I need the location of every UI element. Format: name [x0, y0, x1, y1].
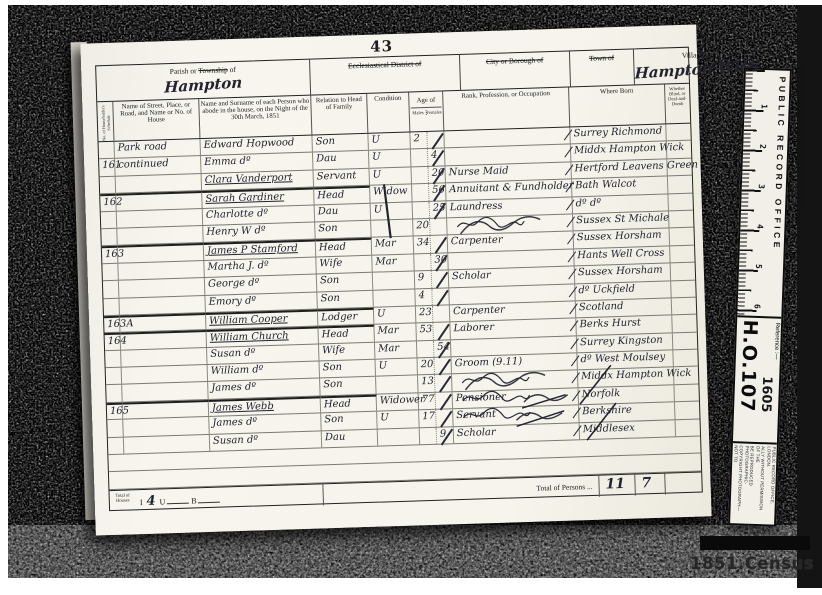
- age-female: [436, 410, 454, 427]
- age-female: [434, 357, 452, 374]
- total-houses-cell: Total of Houses I 4 U B: [109, 484, 324, 512]
- where-born: Hants Well Cross: [574, 246, 670, 265]
- city-title-cell: City or Borough of: [460, 51, 571, 89]
- town-title-cell: Town of: [570, 49, 635, 86]
- total-houses-values: I 4 U B: [140, 491, 220, 509]
- where-born: Berks Hurst: [576, 316, 672, 335]
- schedule-number: [105, 350, 122, 367]
- relation-to-head: Head: [314, 186, 370, 204]
- where-born: Sussex St Michale: [573, 211, 669, 230]
- infirmity: [668, 176, 693, 193]
- age-male: [413, 201, 431, 218]
- crossed-out-scrawl: [455, 213, 526, 233]
- relation-to-head: Son: [315, 221, 371, 239]
- schedule-number: 165: [107, 403, 124, 420]
- where-born: Hertford Leavens Green: [571, 159, 667, 178]
- census-form: Parish or Township of Hampton Ecclesiast…: [95, 47, 703, 511]
- census-scan: { "colors": { "paper": "#f6f4ec", "ink":…: [0, 0, 822, 595]
- occupation: Scholar: [454, 423, 580, 443]
- houses-inhabited-value: 4: [146, 493, 157, 508]
- total-females: 7: [635, 473, 666, 495]
- age-male: 17: [419, 410, 437, 427]
- where-born: Sussex Horsham: [575, 263, 671, 282]
- condition: U: [368, 132, 410, 150]
- inch-mark: 5: [754, 264, 763, 269]
- street-name: [121, 330, 207, 349]
- schedule-number: 161: [99, 159, 116, 176]
- infirmity: [674, 384, 699, 401]
- age-male: 2: [410, 132, 428, 149]
- ruler-reference-section: Reference :— H.O.107 1605: [733, 317, 781, 444]
- born-col-header: Where Born: [569, 84, 666, 126]
- infirmity: [667, 158, 692, 175]
- age-male: 34: [414, 236, 432, 253]
- piece-number: 1605: [758, 376, 774, 413]
- age-female: [435, 375, 453, 392]
- street-name: [124, 435, 210, 454]
- age-female: [432, 270, 450, 287]
- condition: [371, 219, 413, 237]
- where-born: Sussex Horsham: [574, 229, 670, 248]
- where-born: Scotland: [576, 298, 672, 317]
- age-male: 20: [417, 358, 435, 375]
- inch-mark: 3: [757, 184, 766, 189]
- age-female: 30: [431, 253, 449, 270]
- infirmity: [673, 350, 698, 367]
- relation-to-head: Wife: [319, 342, 375, 360]
- schedule-number: [107, 420, 124, 437]
- where-born: dº West Moulsey: [577, 350, 673, 369]
- schedule-number: [103, 298, 120, 315]
- schedule-number: 164: [105, 333, 122, 350]
- condition: Widow: [370, 185, 412, 203]
- relation-to-head: Dau: [313, 151, 369, 169]
- scan-right-edge: [797, 5, 822, 588]
- page-number: 43: [370, 37, 393, 56]
- infirmity: [676, 419, 701, 436]
- infirmity: [669, 211, 694, 228]
- relation-to-head: Head: [321, 395, 377, 413]
- infirmity: [671, 280, 696, 297]
- street-name: [122, 365, 208, 384]
- infirmity: [670, 245, 695, 262]
- scan-corner-block: [700, 536, 810, 550]
- name-col-header: Name and Surname of each Person who abod…: [199, 96, 312, 138]
- schedule-number: 162: [100, 194, 117, 211]
- inch-mark: 1: [759, 104, 768, 109]
- infirmity: [671, 263, 696, 280]
- age-female: [430, 218, 448, 235]
- inch-mark: 6: [753, 304, 762, 309]
- relation-to-head: Dau: [322, 429, 378, 447]
- condition: [376, 376, 418, 394]
- census-page: 43 Parish or Township of Hampton Ecclesi…: [80, 24, 711, 535]
- relation-to-head: Son: [312, 134, 368, 152]
- condition: U: [375, 358, 417, 376]
- relation-to-head: Son: [320, 360, 376, 378]
- infirmity: [666, 124, 691, 141]
- infirmity: [670, 228, 695, 245]
- age-male: [411, 167, 429, 184]
- infirmity: [674, 367, 699, 384]
- census-rows: Park road Edward Hopwood Son U 2 Surrey …: [99, 124, 701, 455]
- relation-to-head: Head: [318, 325, 374, 343]
- infirmity: [672, 298, 697, 315]
- infirmity: [667, 141, 692, 158]
- condition-col-header: Condition: [367, 92, 410, 132]
- where-born: Surrey Richmond: [570, 124, 666, 143]
- infirm-col-header: Whether Blind, or Deaf-and-Dumb: [665, 84, 690, 124]
- where-born: Bath Walcot: [572, 177, 668, 196]
- relation-to-head: Wife: [316, 255, 372, 273]
- age-male: [411, 149, 429, 166]
- street-name: [116, 191, 202, 210]
- street-name: [117, 226, 203, 245]
- street-name: [123, 400, 209, 419]
- age-male: 4: [415, 288, 433, 305]
- condition: U: [374, 306, 416, 324]
- schedule-number: [103, 281, 120, 298]
- street-col-header: Name of Street, Place, or Road, and Name…: [113, 99, 200, 141]
- where-born: dº Uckfield: [575, 281, 671, 300]
- relation-to-head: Son: [317, 290, 373, 308]
- ecclesiastical-title-cell: Ecclesiastical District of: [310, 55, 461, 95]
- condition: [373, 272, 415, 290]
- age-male: [412, 184, 430, 201]
- schedule-number: [99, 142, 116, 159]
- reference-number: H.O.107: [736, 319, 761, 412]
- condition: U: [371, 202, 413, 220]
- condition: [373, 289, 415, 307]
- schedule-number: 163A: [104, 316, 121, 333]
- street-name: [121, 348, 207, 367]
- street-name: Park road: [115, 139, 201, 158]
- village-title-cell: Village of Hampton Wick: [634, 45, 760, 84]
- street-name: [119, 296, 205, 315]
- condition: Mar: [372, 254, 414, 272]
- where-born: Middlesex: [580, 420, 676, 439]
- city-label: City or Borough of: [486, 55, 544, 66]
- person-name: Susan dº: [210, 431, 322, 451]
- condition: U: [369, 167, 411, 185]
- street-name: [122, 382, 208, 401]
- age-female: 20: [428, 166, 446, 183]
- age-male: 9: [415, 271, 433, 288]
- inch-mark: 4: [755, 224, 764, 229]
- street-name: [120, 313, 206, 332]
- street-name: [117, 209, 203, 228]
- town-label: Town of: [589, 53, 614, 63]
- where-born: dº dº: [572, 194, 668, 213]
- condition: [378, 428, 420, 446]
- where-born: Norfolk: [578, 385, 674, 404]
- age-male: 20: [413, 219, 431, 236]
- condition: Widower: [377, 393, 419, 411]
- village-value: Hampton Wick: [634, 56, 760, 82]
- age-male: [414, 254, 432, 271]
- condition: U: [377, 411, 419, 429]
- condition: Mar: [372, 237, 414, 255]
- schedule-number: [101, 229, 118, 246]
- ecclesiastical-label: Ecclesiastical District of: [348, 59, 422, 70]
- parish-title-cell: Parish or Township of Hampton: [96, 60, 311, 102]
- relation-to-head: Head: [316, 238, 372, 256]
- public-record-office-label: PUBLIC RECORD OFFICE: [772, 76, 788, 251]
- age-male: 23: [416, 306, 434, 323]
- relation-to-head: Son: [321, 412, 377, 430]
- totals-infirm-cell: [665, 472, 702, 494]
- age-female: 54: [434, 340, 452, 357]
- total-males: 11: [599, 474, 636, 496]
- relation-to-head: Servant: [314, 169, 370, 187]
- age-female: [431, 236, 449, 253]
- ruler-scale: 1 2 3 4 5 6 PUBLIC RECORD OFFICE: [737, 69, 790, 318]
- relation-to-head: Son: [320, 377, 376, 395]
- schedule-number: [102, 263, 119, 280]
- condition: U: [369, 150, 411, 168]
- age-male: [417, 341, 435, 358]
- street-name: [118, 261, 204, 280]
- condition: Mar: [374, 324, 416, 342]
- age-female: 4: [428, 149, 446, 166]
- where-born: Berkshire: [579, 403, 675, 422]
- infirmity: [675, 402, 700, 419]
- where-born: Surrey Kingston: [577, 333, 673, 352]
- age-female: [433, 323, 451, 340]
- condition: Mar: [375, 341, 417, 359]
- occupation-col-header: Rank, Profession, or Occupation: [443, 87, 570, 130]
- schedule-col-header: No. of Householder's Schedule: [97, 102, 114, 141]
- age-male: 13: [418, 375, 436, 392]
- street-name: [119, 278, 205, 297]
- relation-to-head: Dau: [315, 203, 371, 221]
- age-female: [433, 305, 451, 322]
- age-female: 56: [429, 184, 447, 201]
- village-label: Village of: [682, 50, 712, 60]
- schedule-number: [106, 368, 123, 385]
- age-male: 53: [416, 323, 434, 340]
- reference-label: Reference :—: [773, 323, 780, 360]
- infirmity: [668, 193, 693, 210]
- age-female: 9: [437, 427, 455, 444]
- street-name: [118, 243, 204, 262]
- schedule-number: [108, 437, 125, 454]
- schedule-number: [101, 211, 118, 228]
- street-name: [123, 417, 209, 436]
- street-name: [116, 174, 202, 193]
- where-born: Middx Hampton Wick: [571, 142, 667, 161]
- age-female: [432, 288, 450, 305]
- inch-mark: 2: [758, 144, 767, 149]
- relation-to-head: Lodger: [318, 308, 374, 326]
- age-male: [420, 427, 438, 444]
- total-houses-label: Total of Houses: [112, 492, 134, 503]
- age-female: 25: [430, 201, 448, 218]
- copyright-notice: COPYRIGHT PHOTOGRAPH—NOT TO BE REPRODUCE…: [730, 443, 776, 516]
- schedule-number: [106, 385, 123, 402]
- census-watermark: 1851.Census: [690, 554, 814, 573]
- where-born: Middx Hampton Wick: [578, 368, 674, 387]
- relation-col-header: Relation to Head of Family: [311, 94, 368, 135]
- schedule-number: [100, 177, 117, 194]
- street-name: continued: [115, 156, 201, 175]
- infirmity: [673, 332, 698, 349]
- relation-to-head: Son: [317, 273, 373, 291]
- age-female: [436, 392, 454, 409]
- age-col-header: Age of MalesFemales: [409, 91, 444, 131]
- age-female: [427, 131, 445, 148]
- infirmity: [672, 315, 697, 332]
- schedule-number: 163: [102, 246, 119, 263]
- age-male: 77: [419, 393, 437, 410]
